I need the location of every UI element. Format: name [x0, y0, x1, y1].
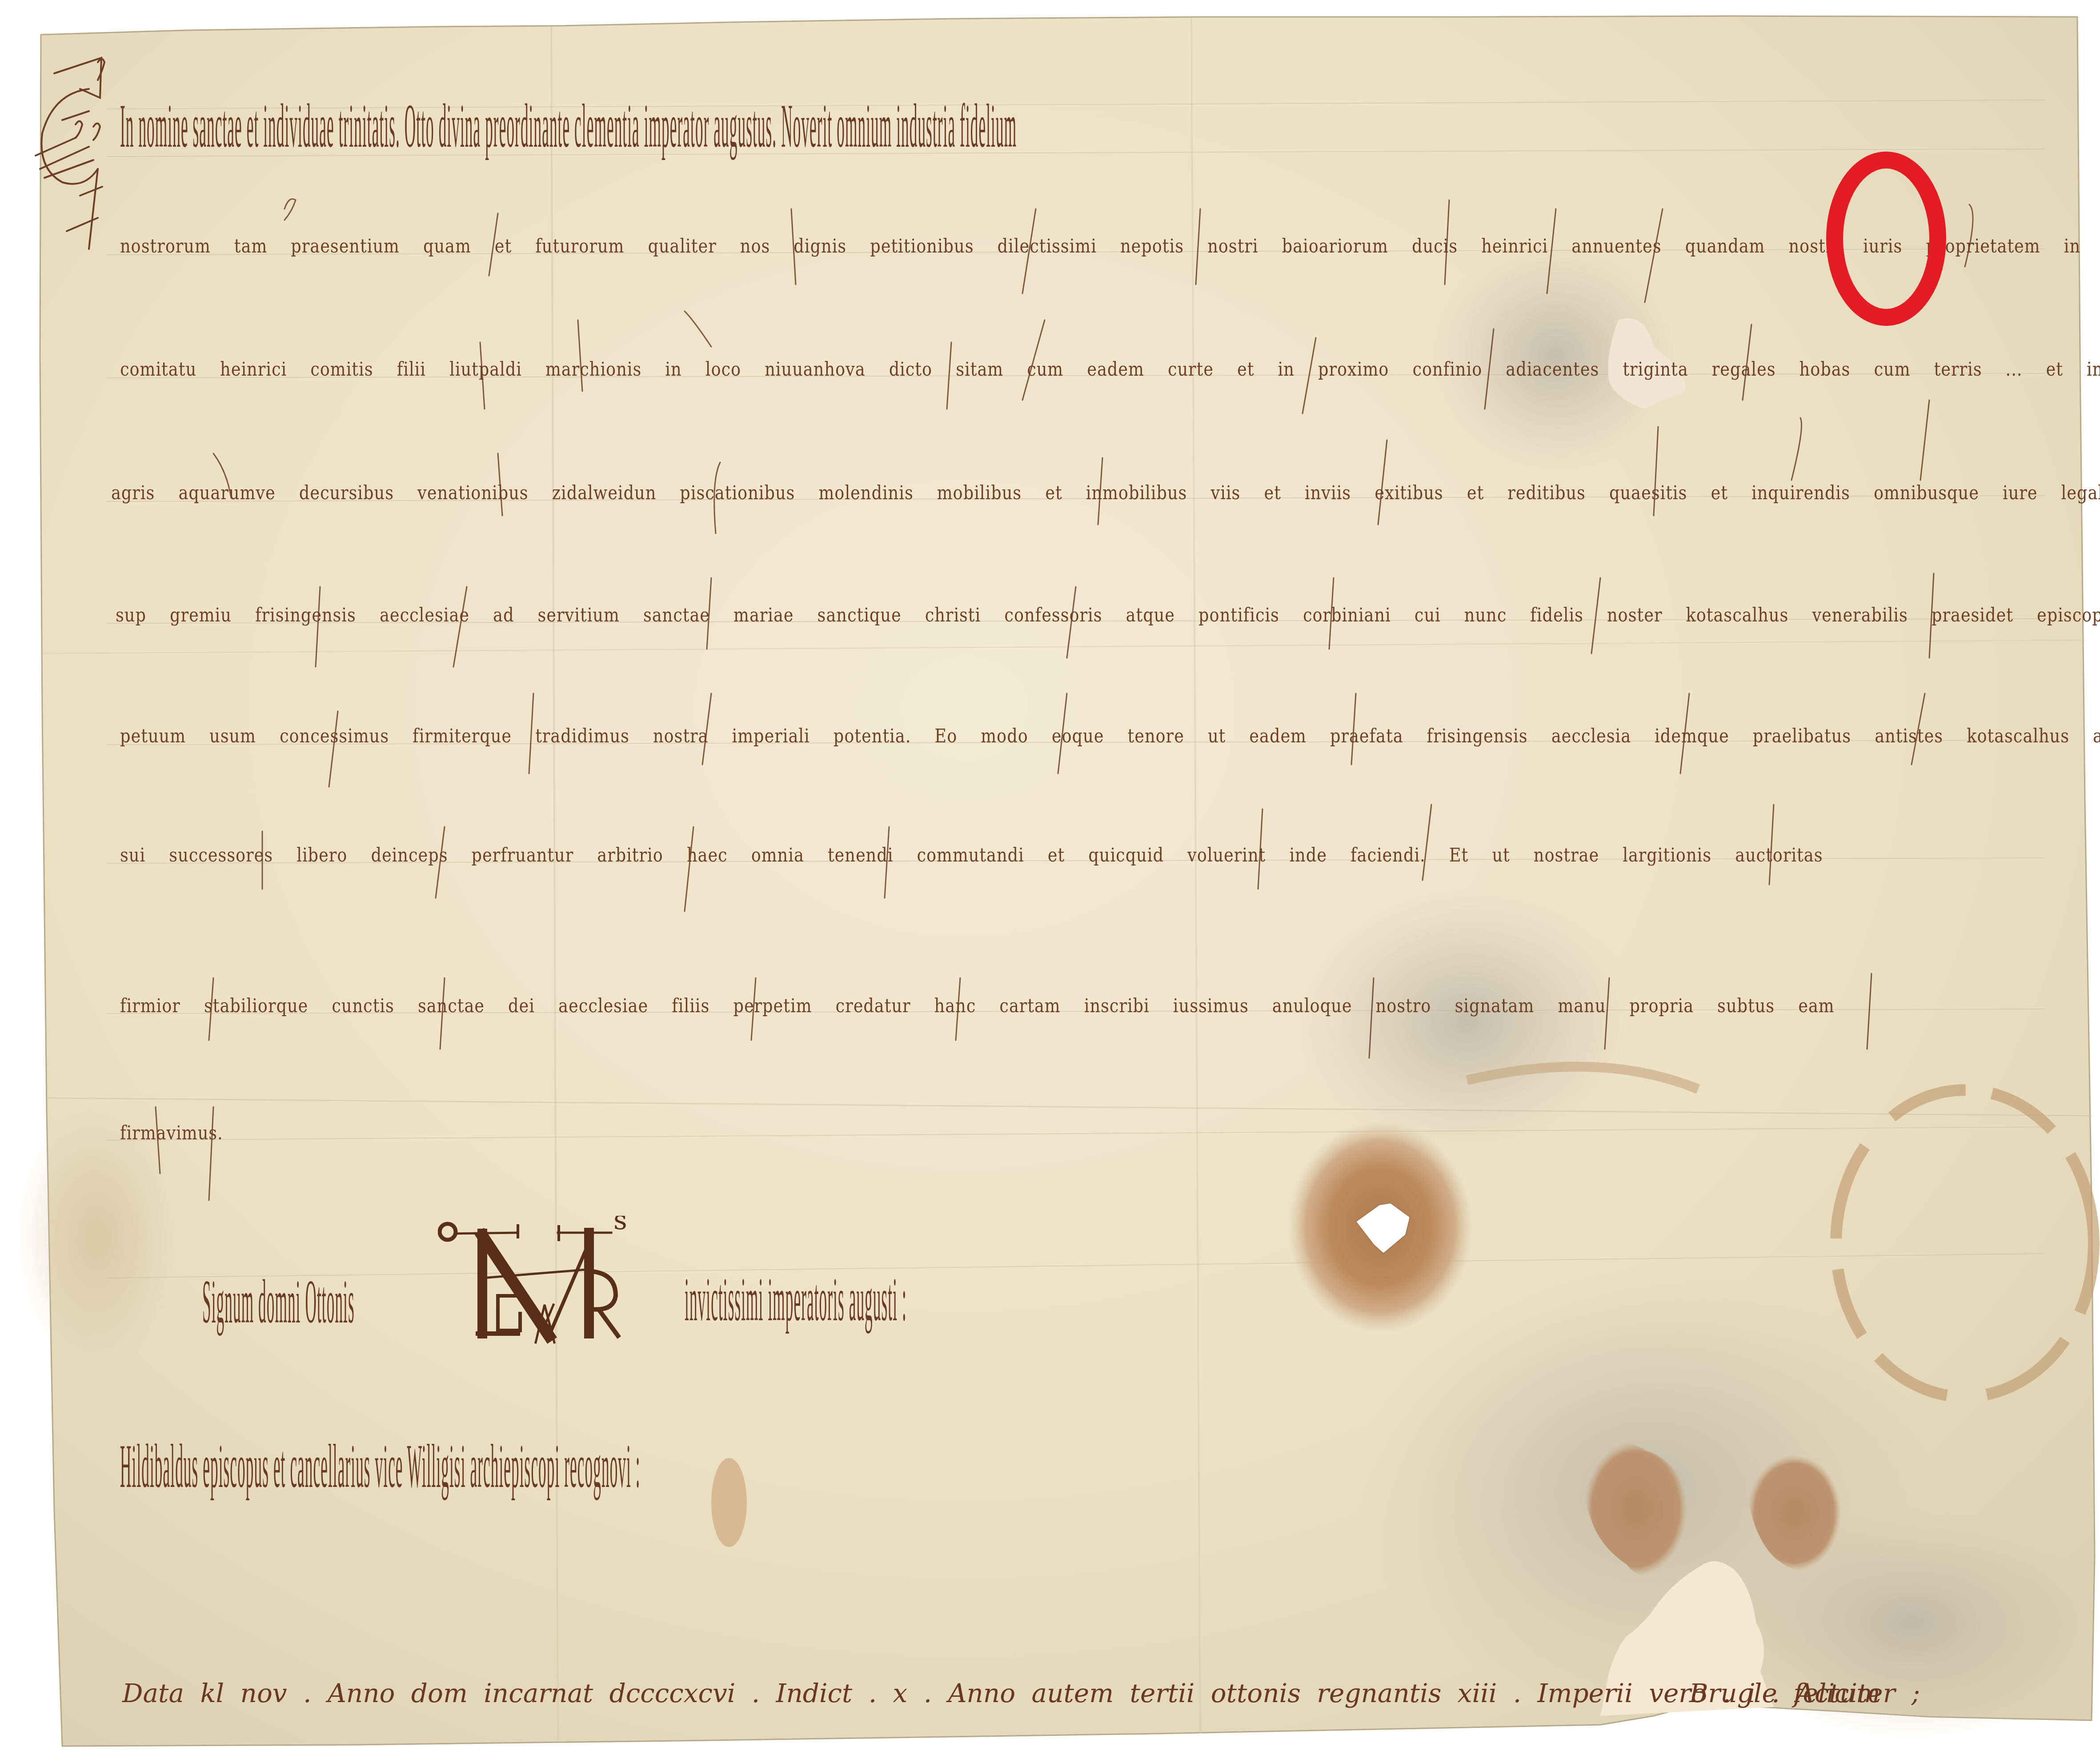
highlight-ellipse-annotation[interactable] — [1826, 152, 1946, 326]
otto-monogram-icon: s — [438, 1216, 651, 1349]
recognition-line: Hildibaldus episcopus et cancellarius vi… — [120, 1435, 641, 1498]
signum-text-before: Signum domni Ottonis — [202, 1270, 355, 1333]
signum-text-after: invictissimi imperatoris augusti : — [685, 1268, 907, 1331]
dating-line-end: Brugle feliciter ; — [1689, 1680, 1920, 1706]
dating-line: Data kl nov . Anno dom incarnat dccccxcv… — [122, 1680, 1880, 1706]
monogram-s-letter: s — [613, 1216, 627, 1236]
